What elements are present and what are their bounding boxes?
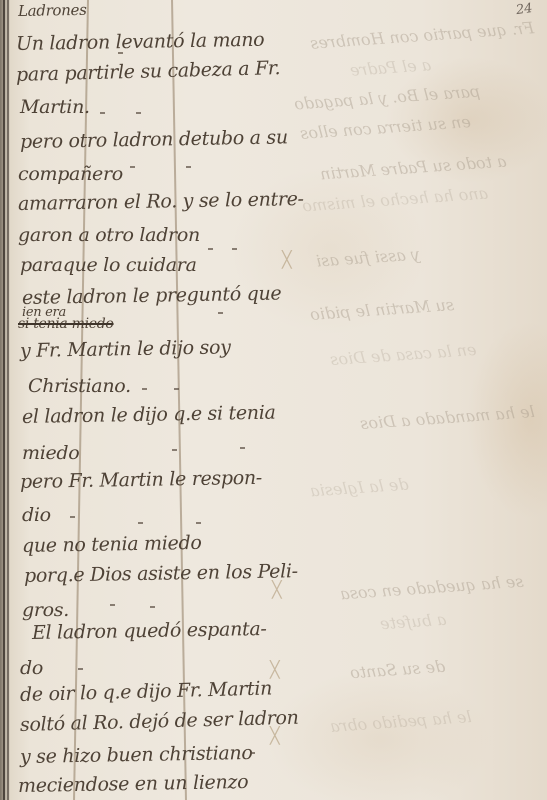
bleed-line: de su Santo xyxy=(349,657,445,683)
filler-dash xyxy=(174,388,179,390)
bleed-line: a el Padre xyxy=(349,55,431,80)
filler-dash xyxy=(208,248,213,250)
binding-line xyxy=(7,0,9,800)
heading-line: Ladrones xyxy=(18,1,87,20)
bleed-line: y assi fue asi xyxy=(315,244,420,270)
bleed-through-text: Fr. que partio con Hombres a el Padre pa… xyxy=(290,0,547,800)
text-line: El ladron quedó espanta- xyxy=(32,618,267,644)
filler-dash xyxy=(136,112,141,114)
bleed-line: se ha quedado en cosa xyxy=(340,572,525,604)
filler-dash xyxy=(70,516,75,518)
text-line: pero otro ladron detubo a su xyxy=(20,126,288,153)
bleed-line: a bufete xyxy=(379,610,447,634)
bleed-line: Fr. que partio con Hombres xyxy=(310,18,535,53)
text-line: paraque lo cuidara xyxy=(20,254,197,276)
text-line: de oir lo q.e dijo Fr. Martin xyxy=(20,677,273,706)
binding-line xyxy=(3,0,5,800)
bleed-line: en su tierra con ellos xyxy=(300,112,472,143)
bleed-line: a todo su Padre Martin xyxy=(320,152,508,184)
bleed-line: en la casa de Dios xyxy=(330,340,477,369)
text-line: meciendose en un lienzo xyxy=(18,771,249,797)
filler-dash xyxy=(196,522,201,524)
text-line: para partirle su cabeza a Fr. xyxy=(16,57,281,86)
text-line: gros. xyxy=(22,599,69,621)
filler-dash xyxy=(186,166,191,168)
text-line: Un ladron levantó la mano xyxy=(16,29,265,55)
filler-dash xyxy=(218,312,223,314)
text-line: y Fr. Martin le dijo soy xyxy=(20,336,231,362)
text-line: el ladron le dijo q.e si tenia xyxy=(22,402,276,428)
manuscript-page: 24 Fr. que partio con Hombres a el Padre… xyxy=(0,0,547,800)
margin-mark: ╳ xyxy=(282,250,292,269)
filler-dash xyxy=(118,52,123,54)
text-line: Christiano. xyxy=(28,375,131,397)
filler-dash xyxy=(240,447,245,449)
filler-dash xyxy=(142,388,147,390)
filler-dash xyxy=(100,112,105,114)
bleed-line: para el Bo. y la pagado xyxy=(294,82,481,114)
margin-mark: ╳ xyxy=(272,580,282,599)
text-line: pero Fr. Martin le respon- xyxy=(20,467,262,493)
filler-dash xyxy=(78,668,83,670)
text-line: Martin. xyxy=(20,96,90,118)
text-line: compañero xyxy=(18,163,123,185)
text-line: do xyxy=(20,657,43,679)
filler-dash xyxy=(232,248,237,250)
filler-dash xyxy=(250,752,255,754)
binding-edge xyxy=(0,0,10,800)
text-line: y se hizo buen christiano xyxy=(20,742,253,768)
text-line: que no tenia miedo xyxy=(22,532,202,557)
filler-dash xyxy=(130,166,135,168)
margin-mark: ╳ xyxy=(270,660,280,679)
filler-dash xyxy=(150,606,155,608)
text-line: dio xyxy=(22,504,51,526)
text-line: amarraron el Ro. y se lo entre- xyxy=(18,188,304,215)
text-line: soltó al Ro. dejó de ser ladron xyxy=(20,707,299,736)
text-line: porq.e Dios asiste en los Peli- xyxy=(24,560,298,587)
bleed-line: ano ha hecho el mismo xyxy=(302,184,489,216)
filler-dash xyxy=(172,449,177,451)
ruling-line-left xyxy=(73,0,88,800)
text-line: miedo xyxy=(22,442,79,464)
bleed-line: su Martin le pidio xyxy=(310,295,455,324)
bleed-line: le ha mandado a Dios xyxy=(360,402,536,433)
bleed-line: le ha pedido obra xyxy=(330,707,473,736)
bleed-line: de la Iglesia xyxy=(309,475,409,501)
struck-through-line: si tenia miedo xyxy=(18,316,114,332)
filler-dash xyxy=(110,604,115,606)
text-line: garon a otro ladron xyxy=(18,224,200,246)
filler-dash xyxy=(138,522,143,524)
